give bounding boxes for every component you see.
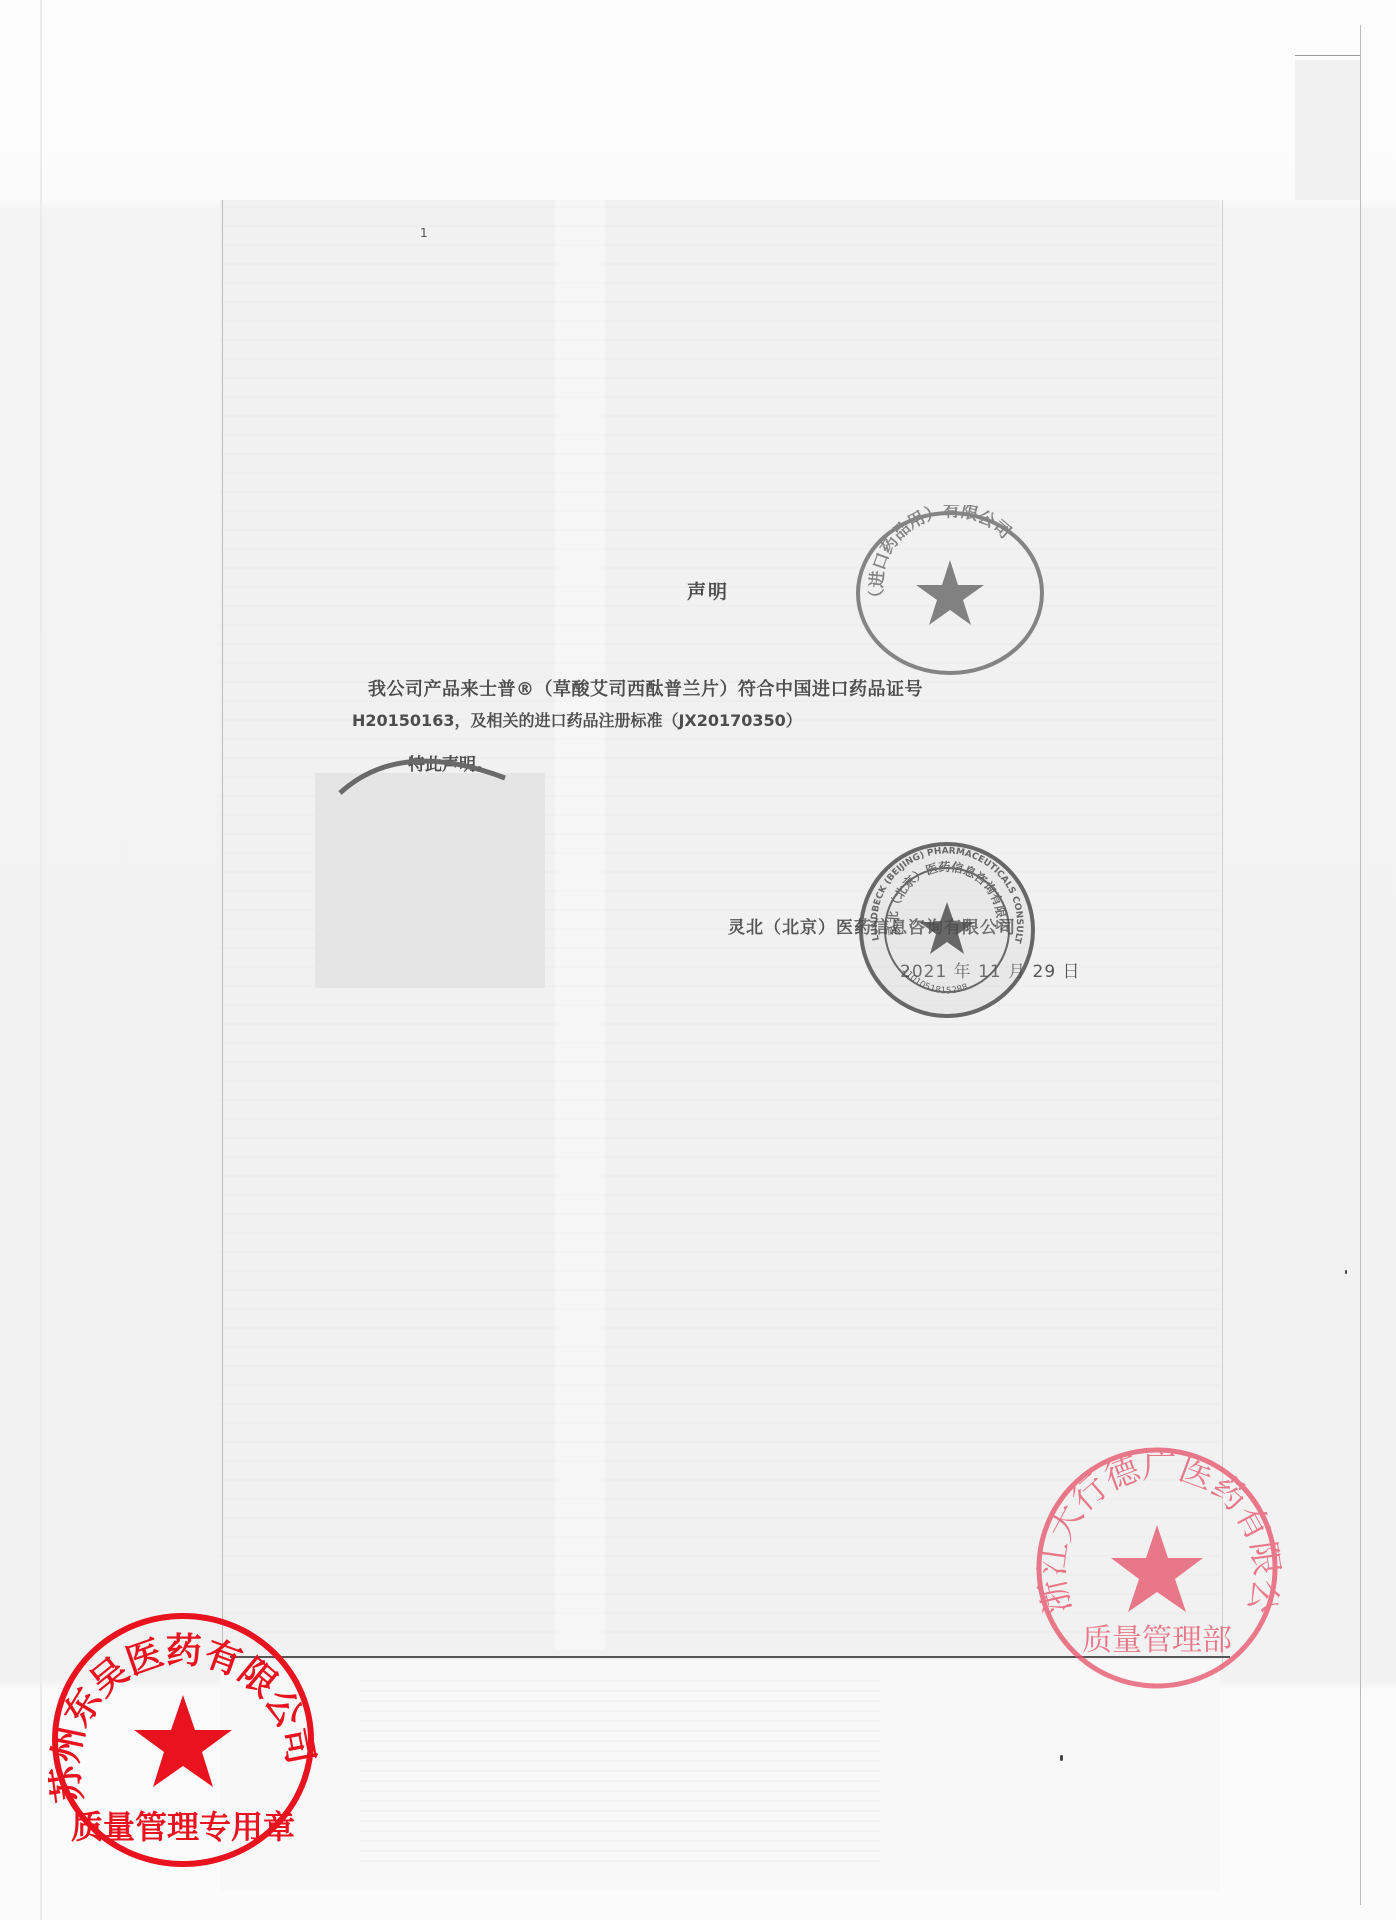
partial-stamp-arc [330, 738, 510, 798]
redacted-area [315, 773, 545, 988]
copy-shadow-band [555, 200, 605, 1650]
star-icon [134, 1695, 232, 1787]
svg-text:质量管理专用章: 质量管理专用章 [71, 1808, 295, 1846]
company-seal-signature: LUNDBECK (BEIJING) PHARMACEUTICALS CONSU… [857, 840, 1037, 1020]
star-icon [1111, 1525, 1203, 1612]
star-icon [916, 560, 984, 625]
page-mark: 1 [420, 226, 428, 240]
quality-dept-seal-right: 浙江大行德广医药有限公司 质量管理部 [1032, 1440, 1282, 1695]
scan-right-edge [1360, 25, 1361, 1905]
statement-line-1: 我公司产品来士普®（草酸艾司西酞普兰片）符合中国进口药品证号 [368, 675, 923, 701]
bleed-through-text [360, 1680, 880, 1870]
scan-right-tick [1295, 55, 1360, 56]
quality-seal-left: 苏州东吴医药有限公司 质量管理专用章 [48, 1610, 318, 1870]
scan-right-strip [1295, 60, 1360, 200]
scan-speck [1060, 1755, 1063, 1761]
scan-left-edge [40, 0, 42, 1920]
page-frame-left-border [222, 200, 223, 1680]
statement-line-2: H20150163，及相关的进口药品注册标准（JX20170350） [352, 708, 802, 731]
document-title: 声明 [687, 577, 729, 604]
scan-speck [1345, 1270, 1347, 1274]
company-seal-top: （进口药品用）有限公司 [850, 505, 1050, 675]
svg-text:质量管理部: 质量管理部 [1082, 1623, 1232, 1658]
